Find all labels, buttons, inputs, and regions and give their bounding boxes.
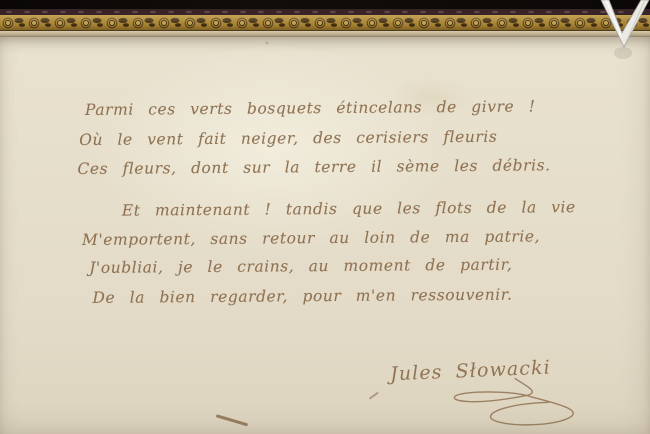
frame-top-black-bar	[0, 0, 650, 9]
framed-manuscript-photo: Parmi ces verts bosquets étincelans de g…	[0, 0, 650, 434]
frame-gold-scroll-band	[0, 15, 650, 31]
hanging-ribbon	[585, 0, 650, 70]
manuscript-paper	[0, 37, 650, 434]
